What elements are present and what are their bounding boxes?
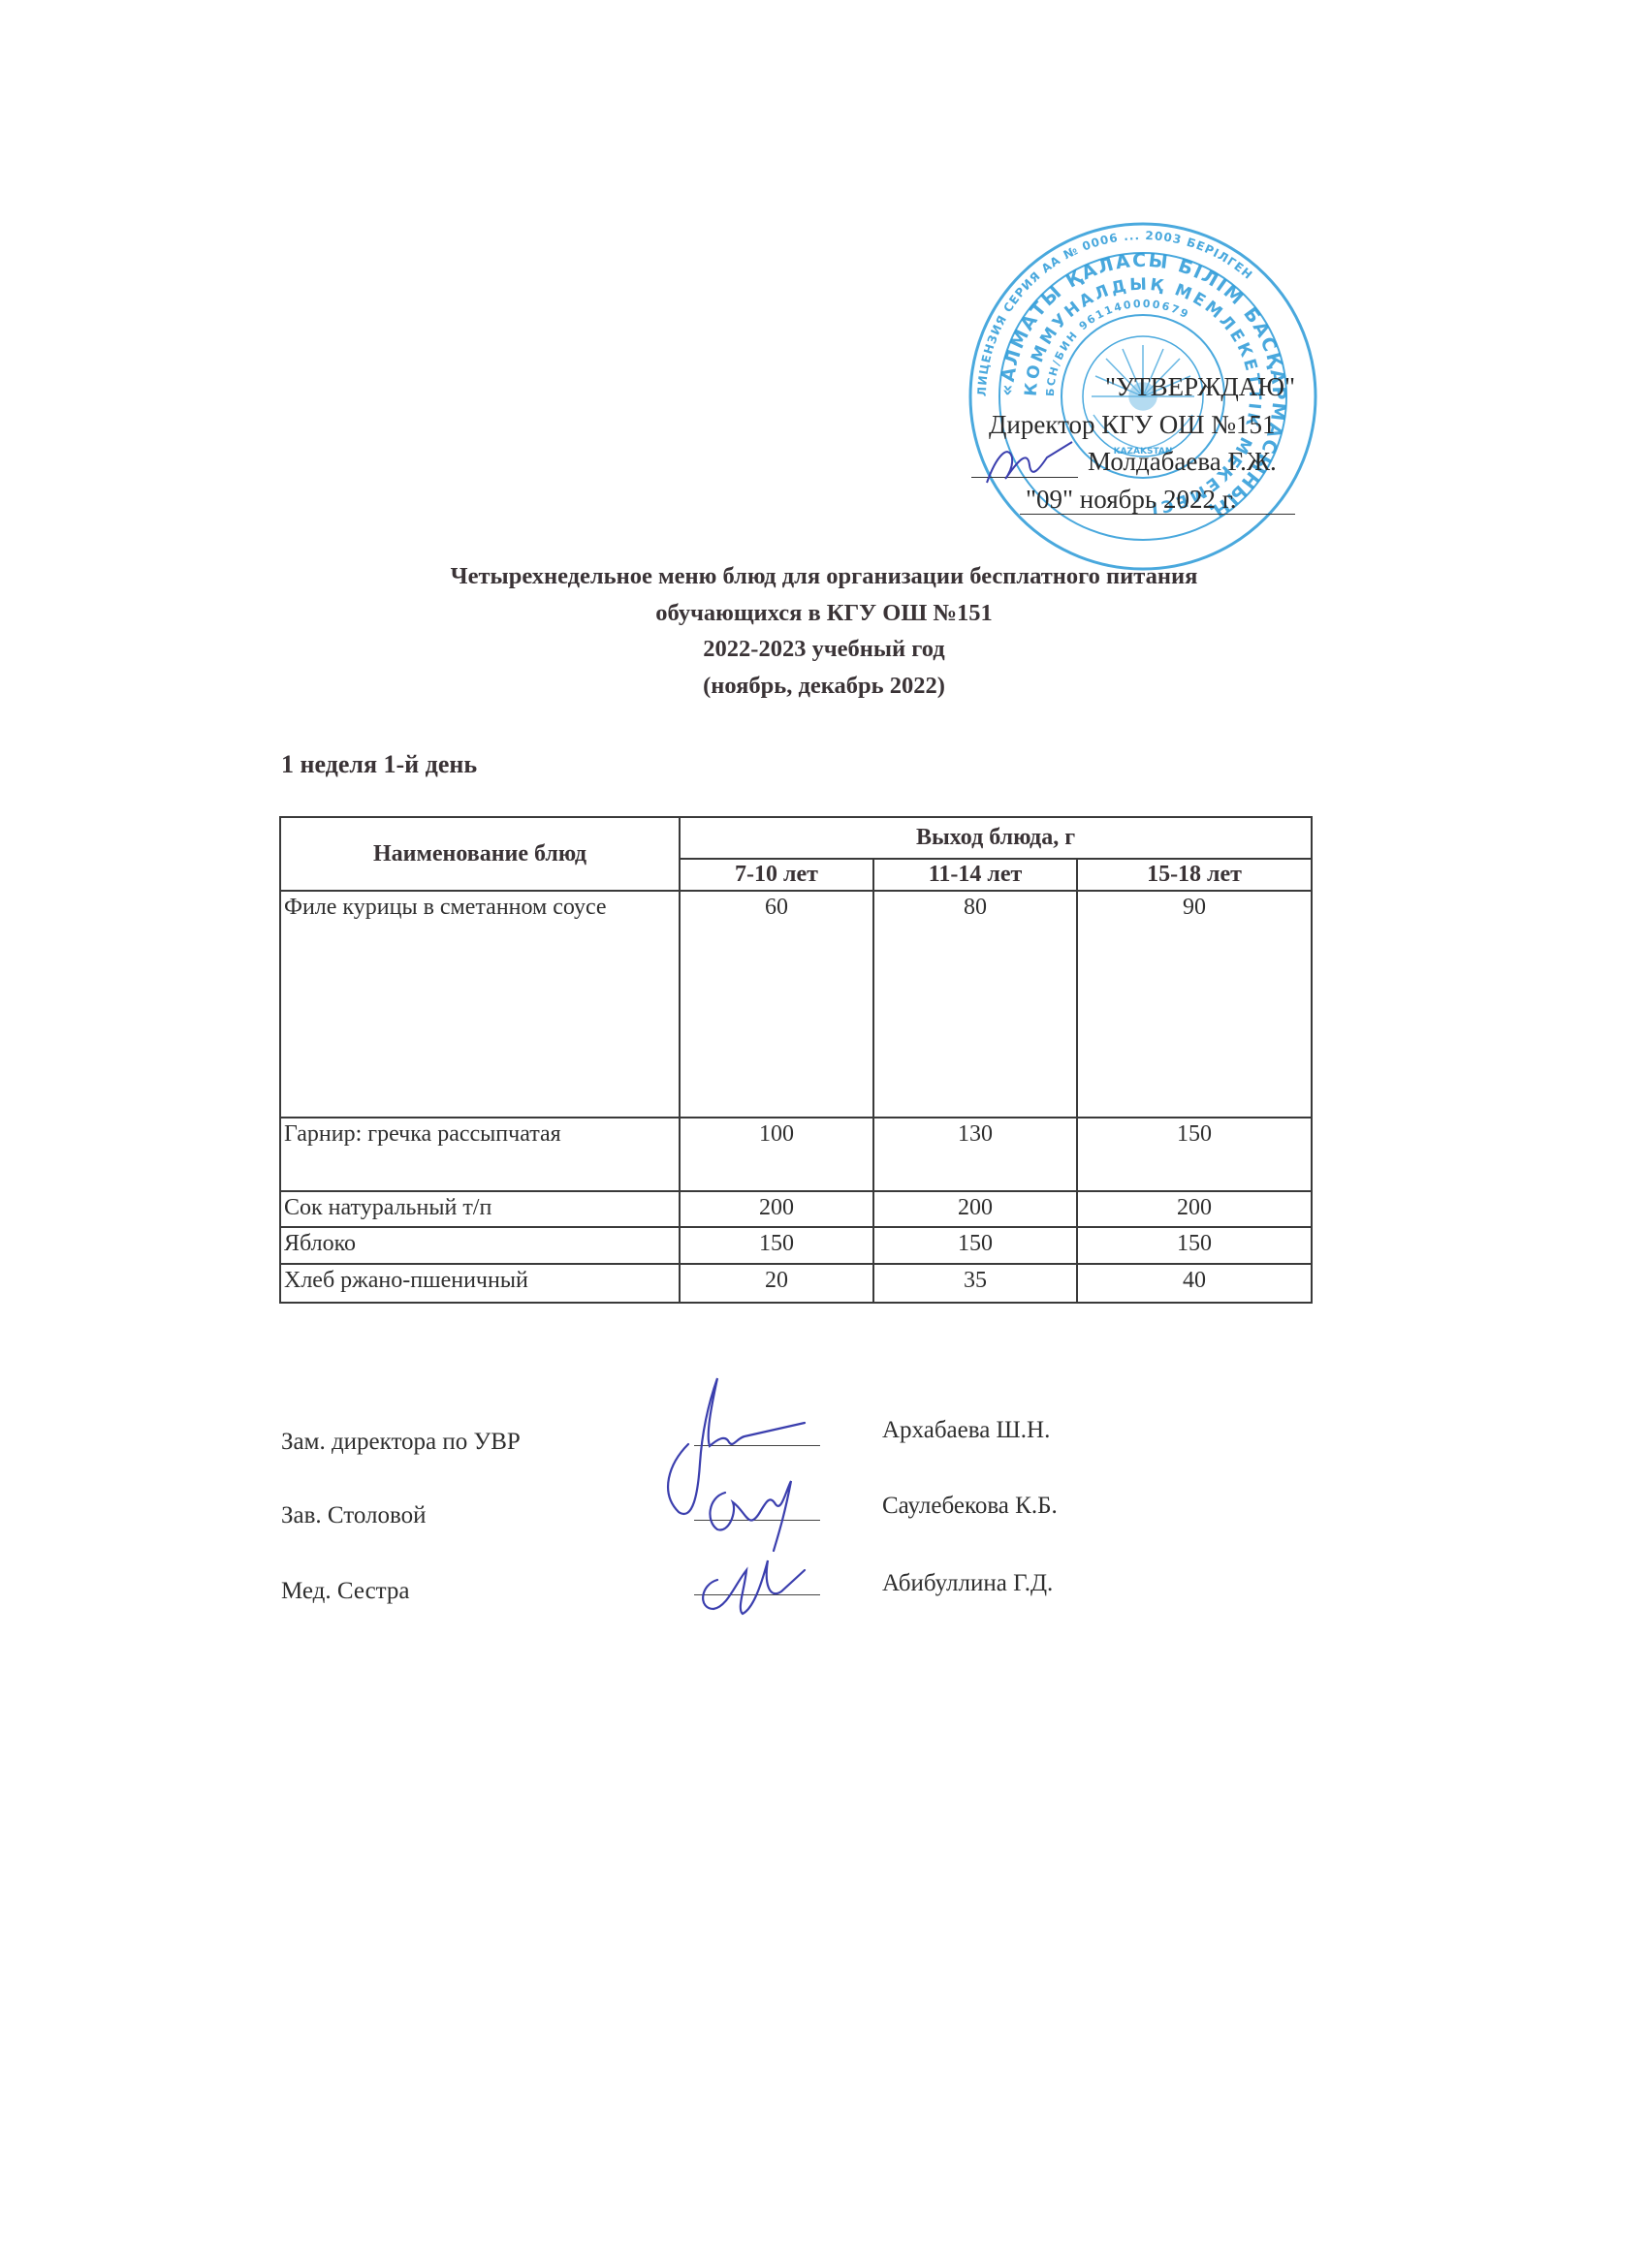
- yield-value: 100: [680, 1118, 873, 1191]
- document-title-line-1: Четырехнедельное меню блюд для организац…: [0, 563, 1648, 590]
- table-row: Филе курицы в сметанном соусе 60 80 90: [280, 891, 1312, 1118]
- approval-date-underline: [1020, 514, 1295, 515]
- yield-value: 200: [873, 1191, 1077, 1227]
- dish-name: Гарнир: гречка рассыпчатая: [280, 1118, 680, 1191]
- table-row: Гарнир: гречка рассыпчатая 100 130 150: [280, 1118, 1312, 1191]
- yield-value: 150: [1077, 1227, 1312, 1264]
- section-label: 1 неделя 1-й день: [281, 750, 477, 779]
- document-title-line-4: (ноябрь, декабрь 2022): [0, 673, 1648, 700]
- yield-value: 20: [680, 1264, 873, 1303]
- yield-value: 90: [1077, 891, 1312, 1118]
- signature-name: Архабаева Ш.Н.: [882, 1417, 1050, 1444]
- yield-value: 150: [680, 1227, 873, 1264]
- yield-value: 200: [1077, 1191, 1312, 1227]
- header-yield: Выход блюда, г: [680, 817, 1312, 859]
- header-dish-name: Наименование блюд: [280, 817, 680, 891]
- menu-table: Наименование блюд Выход блюда, г 7-10 ле…: [279, 816, 1313, 1304]
- handwritten-signatures: [640, 1367, 872, 1619]
- dish-name: Хлеб ржано-пшеничный: [280, 1264, 680, 1303]
- approval-name: Молдабаева Г.Ж.: [1088, 447, 1277, 477]
- yield-value: 40: [1077, 1264, 1312, 1303]
- document-title-line-2: обучающихся в КГУ ОШ №151: [0, 600, 1648, 627]
- dish-name: Сок натуральный т/п: [280, 1191, 680, 1227]
- table-row: Сок натуральный т/п 200 200 200: [280, 1191, 1312, 1227]
- yield-value: 150: [873, 1227, 1077, 1264]
- document-title-line-3: 2022-2023 учебный год: [0, 636, 1648, 663]
- yield-value: 150: [1077, 1118, 1312, 1191]
- signature-role: Мед. Сестра: [281, 1578, 410, 1605]
- table-row: Яблоко 150 150 150: [280, 1227, 1312, 1264]
- dish-name: Филе курицы в сметанном соусе: [280, 891, 680, 1118]
- header-age-group: 11-14 лет: [873, 859, 1077, 891]
- yield-value: 130: [873, 1118, 1077, 1191]
- signature-name: Абибуллина Г.Д.: [882, 1570, 1053, 1597]
- approval-title: "УТВЕРЖДАЮ": [1105, 372, 1295, 402]
- header-age-group: 15-18 лет: [1077, 859, 1312, 891]
- signature-role: Зав. Столовой: [281, 1502, 427, 1529]
- table-row: Хлеб ржано-пшеничный 20 35 40: [280, 1264, 1312, 1303]
- signature-name: Саулебекова К.Б.: [882, 1493, 1058, 1520]
- yield-value: 35: [873, 1264, 1077, 1303]
- signature-role: Зам. директора по УВР: [281, 1429, 521, 1456]
- yield-value: 60: [680, 891, 873, 1118]
- director-signature: [979, 436, 1086, 494]
- yield-value: 200: [680, 1191, 873, 1227]
- yield-value: 80: [873, 891, 1077, 1118]
- dish-name: Яблоко: [280, 1227, 680, 1264]
- header-age-group: 7-10 лет: [680, 859, 873, 891]
